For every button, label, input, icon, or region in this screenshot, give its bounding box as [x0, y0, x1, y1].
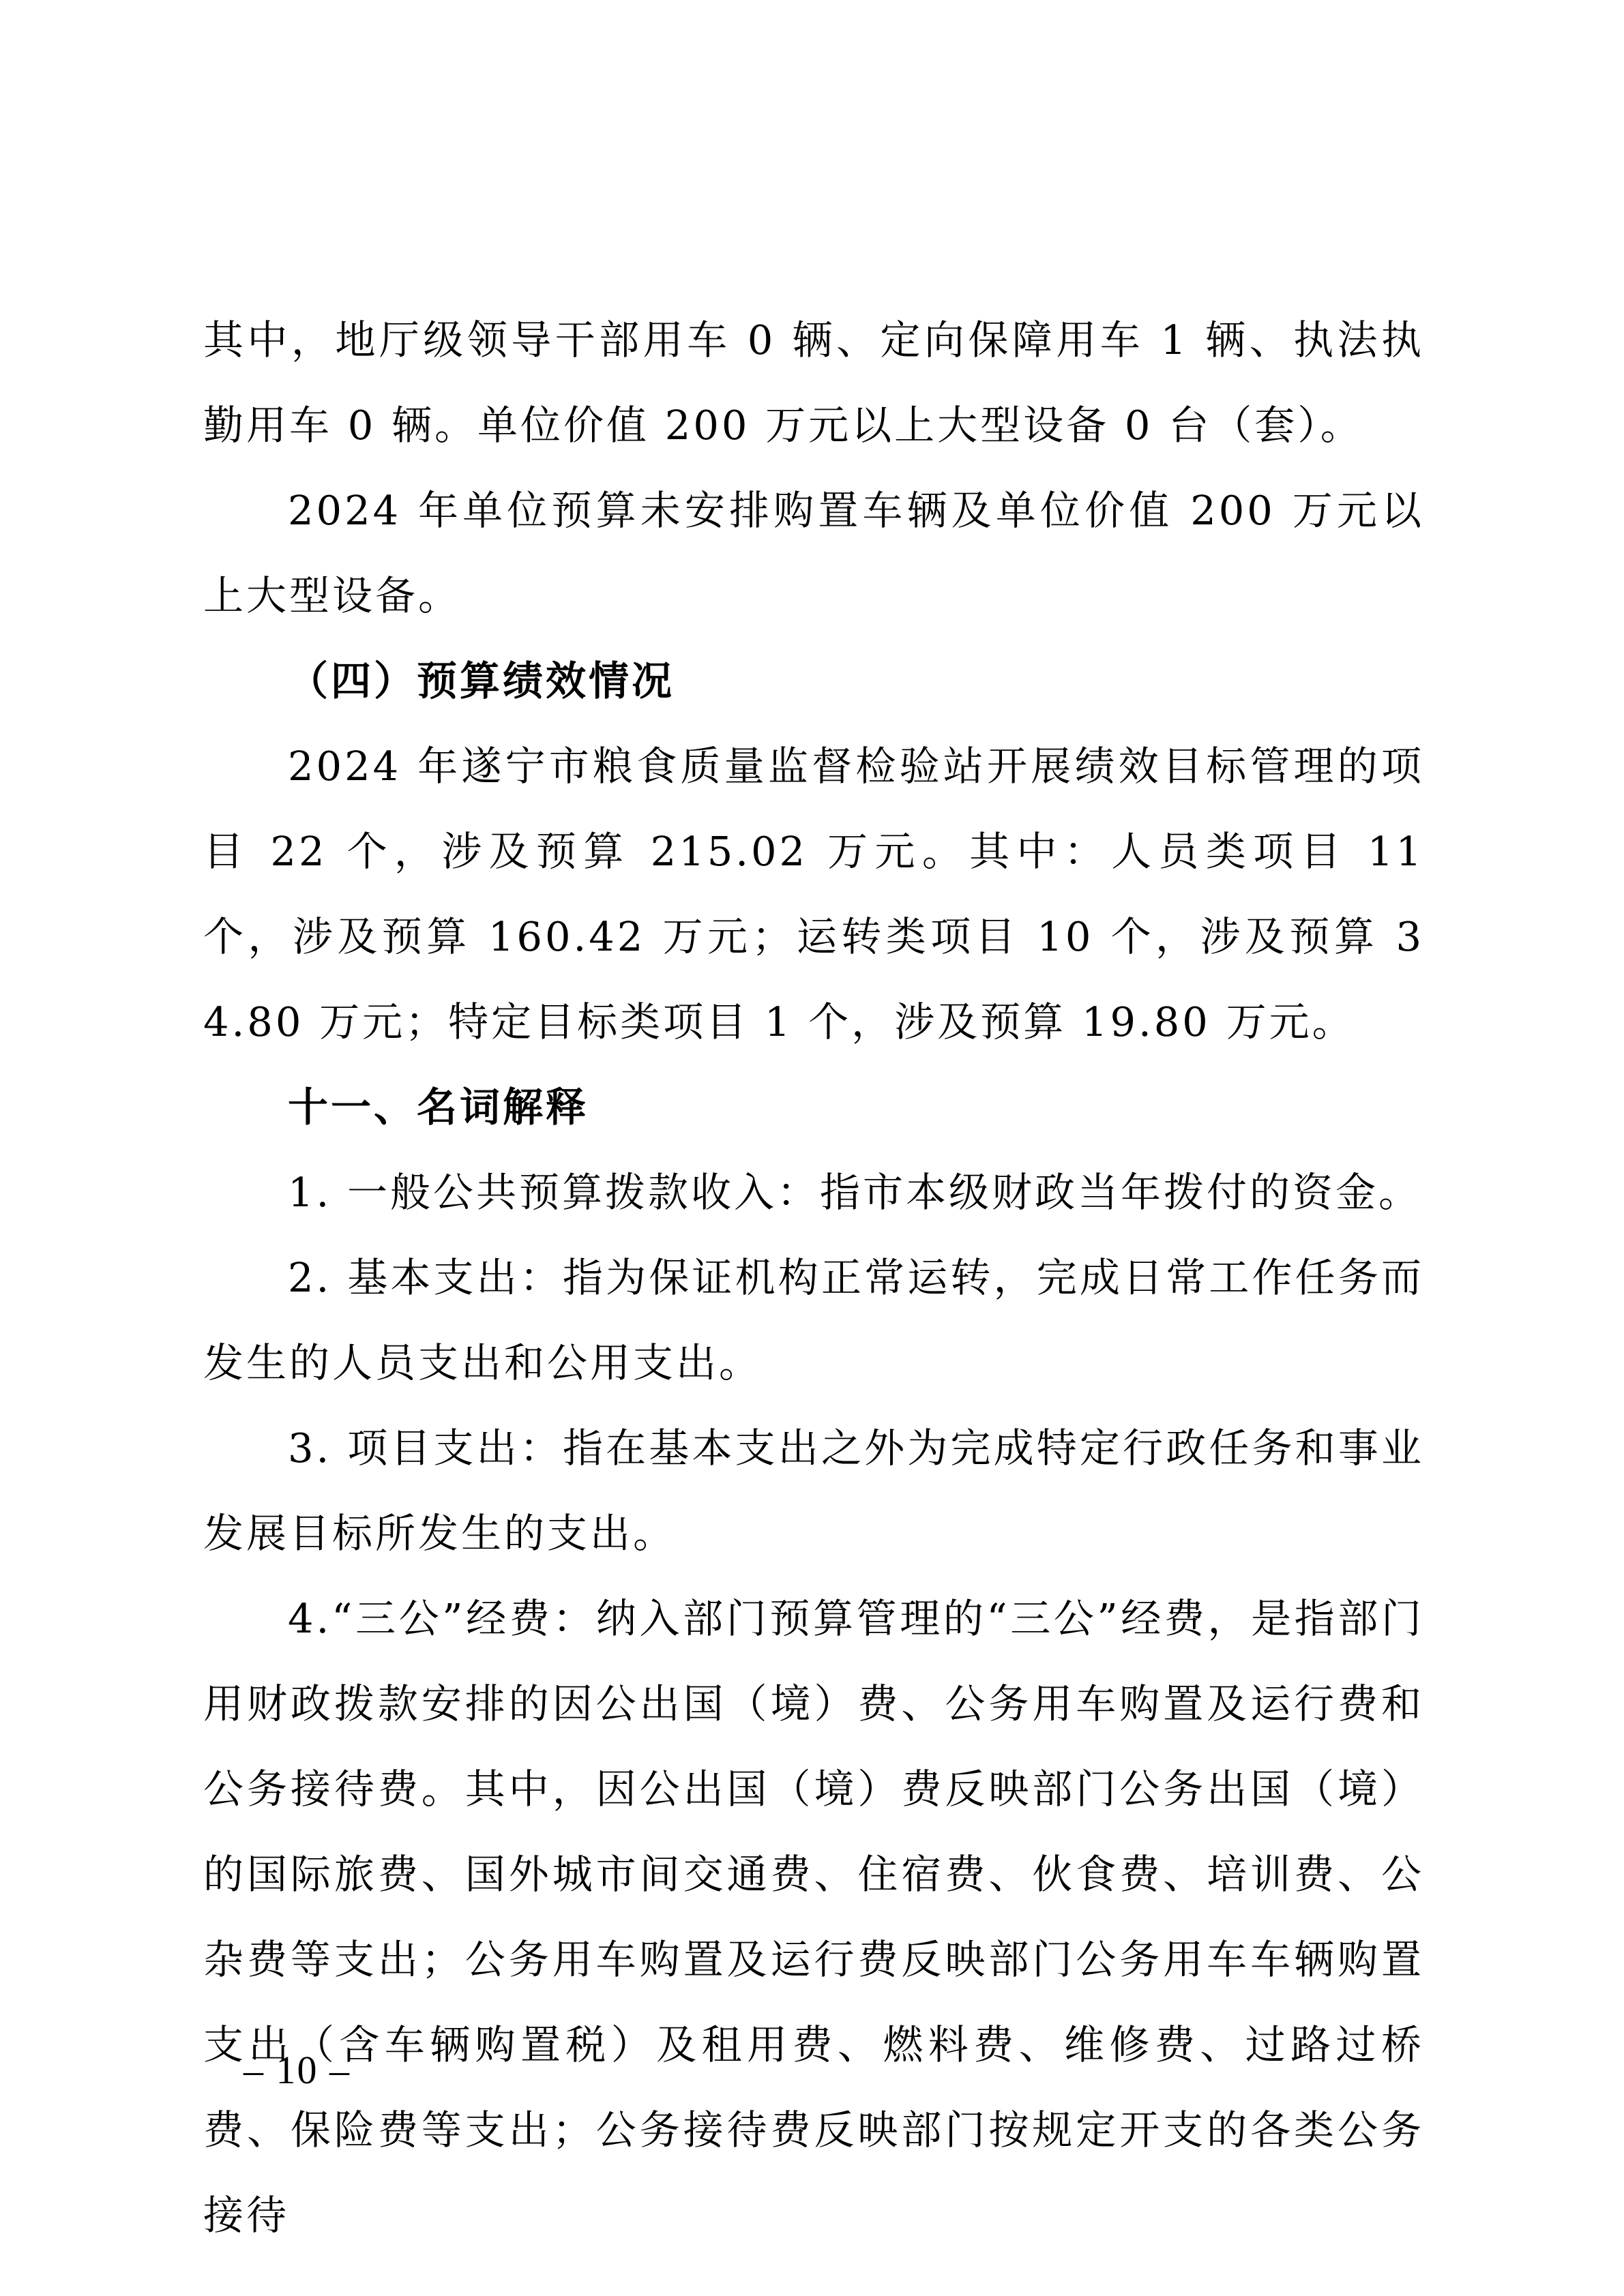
glossary-item-4: 4.“三公”经费：纳入部门预算管理的“三公”经费，是指部门用财政拨款安排的因公出… — [203, 1576, 1424, 2258]
section-heading-glossary: 十一、名词解释 — [203, 1064, 1424, 1150]
glossary-item-2: 2. 基本支出：指为保证机构正常运转，完成日常工作任务而发生的人员支出和公用支出… — [203, 1235, 1424, 1405]
paragraph-vehicles-2024: 2024 年单位预算未安排购置车辆及单位价值 200 万元以上大型设备。 — [203, 468, 1424, 638]
glossary-item-1: 1. 一般公共预算拨款收入：指市本级财政当年拨付的资金。 — [203, 1150, 1424, 1235]
glossary-item-3: 3. 项目支出：指在基本支出之外为完成特定行政任务和事业发展目标所发生的支出。 — [203, 1405, 1424, 1576]
paragraph-vehicles-continued: 其中，地厅级领导干部用车 0 辆、定向保障用车 1 辆、执法执勤用车 0 辆。单… — [203, 297, 1424, 468]
page-number: – 10 – — [243, 2047, 351, 2093]
document-page: 其中，地厅级领导干部用车 0 辆、定向保障用车 1 辆、执法执勤用车 0 辆。单… — [203, 297, 1424, 2258]
section-heading-performance: （四）预算绩效情况 — [203, 638, 1424, 724]
paragraph-performance-detail: 2024 年遂宁市粮食质量监督检验站开展绩效目标管理的项目 22 个，涉及预算 … — [203, 724, 1424, 1064]
